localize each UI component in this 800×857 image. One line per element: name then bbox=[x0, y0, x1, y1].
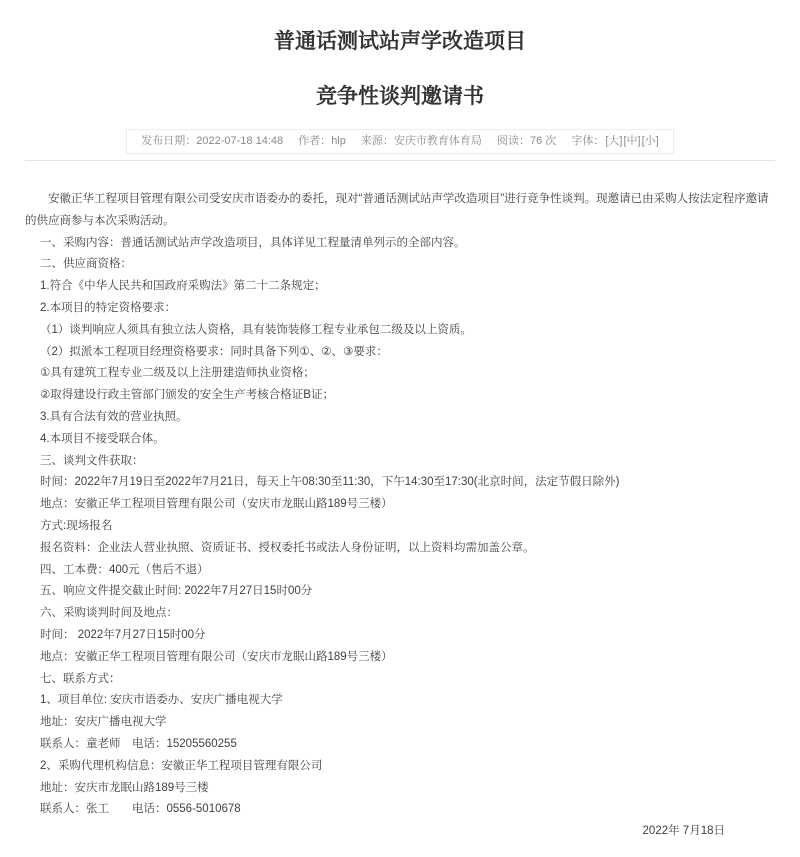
article-line: 地点：安徽正华工程项目管理有限公司（安庆市龙眠山路189号三楼） bbox=[25, 647, 775, 669]
article-line: 一、采购内容：普通话测试站声学改造项目，具体详见工程量清单列示的全部内容。 bbox=[25, 233, 775, 255]
views-group: 阅读：76 次 bbox=[497, 135, 556, 147]
article-line: 五、响应文件提交截止时间: 2022年7月27日15时00分 bbox=[25, 581, 775, 603]
publish-date-value: 2022-07-18 14:48 bbox=[196, 135, 283, 147]
article-line: ①具有建筑工程专业二级及以上注册建造师执业资格； bbox=[25, 363, 775, 385]
views-label: 阅读： bbox=[497, 135, 530, 147]
source-label: 来源： bbox=[361, 135, 394, 147]
article-line: 六、采购谈判时间及地点： bbox=[25, 603, 775, 625]
article-line: 2、采购代理机构信息：安徽正华工程项目管理有限公司 bbox=[25, 756, 775, 778]
article-line: 二、供应商资格： bbox=[25, 254, 775, 276]
article-meta-bar: 发布日期：2022-07-18 14:48 作者：hlp 来源：安庆市教育体育局… bbox=[0, 129, 800, 154]
font-size-options: [大][中][小] bbox=[604, 135, 658, 147]
page-subtitle: 竞争性谈判邀请书 bbox=[0, 55, 800, 110]
font-size-group: 字体：[大][中][小] bbox=[571, 135, 658, 147]
font-size-option[interactable]: [大] bbox=[605, 135, 622, 147]
article-page: 普通话测试站声学改造项目 竞争性谈判邀请书 发布日期：2022-07-18 14… bbox=[0, 0, 800, 857]
article-line: 地址：安庆市龙眠山路189号三楼 bbox=[25, 778, 775, 800]
article-body: 安徽正华工程项目管理有限公司受安庆市语委办的委托，现对“普通话测试站声学改造项目… bbox=[0, 161, 800, 843]
article-line: 七、联系方式： bbox=[25, 669, 775, 691]
page-title: 普通话测试站声学改造项目 bbox=[0, 0, 800, 55]
source-value: 安庆市教育体育局 bbox=[394, 135, 482, 147]
font-size-label: 字体： bbox=[571, 135, 604, 147]
article-line: 2.本项目的特定资格要求： bbox=[25, 298, 775, 320]
font-size-option[interactable]: [小] bbox=[642, 135, 659, 147]
views-value: 76 次 bbox=[530, 135, 556, 147]
author-group: 作者：hlp bbox=[298, 135, 346, 147]
article-line: 报名资料：企业法人营业执照、资质证书、授权委托书或法人身份证明，以上资料均需加盖… bbox=[25, 538, 775, 560]
article-line: 1、项目单位: 安庆市语委办、安庆广播电视大学 bbox=[25, 690, 775, 712]
article-line: 三、谈判文件获取： bbox=[25, 451, 775, 473]
article-line: 地点：安徽正华工程项目管理有限公司（安庆市龙眠山路189号三楼） bbox=[25, 494, 775, 516]
article-line: （2）拟派本工程项目经理资格要求：同时具备下列①、②、③要求： bbox=[25, 342, 775, 364]
author-label: 作者： bbox=[298, 135, 331, 147]
intro-paragraph: 安徽正华工程项目管理有限公司受安庆市语委办的委托，现对“普通话测试站声学改造项目… bbox=[25, 189, 775, 233]
document-date: 2022年 7月18日 bbox=[25, 821, 775, 843]
font-size-option[interactable]: [中] bbox=[623, 135, 640, 147]
article-line: 联系人：张工 电话：0556-5010678 bbox=[25, 799, 775, 821]
source-group: 来源：安庆市教育体育局 bbox=[361, 135, 482, 147]
article-line: 地址：安庆广播电视大学 bbox=[25, 712, 775, 734]
author-value: hlp bbox=[331, 135, 346, 147]
article-line: 四、工本费：400元（售后不退） bbox=[25, 560, 775, 582]
article-line: 时间： 2022年7月27日15时00分 bbox=[25, 625, 775, 647]
article-line: ②取得建设行政主管部门颁发的安全生产考核合格证B证； bbox=[25, 385, 775, 407]
article-line: 3.具有合法有效的营业执照。 bbox=[25, 407, 775, 429]
article-line: 4.本项目不接受联合体。 bbox=[25, 429, 775, 451]
article-meta-box: 发布日期：2022-07-18 14:48 作者：hlp 来源：安庆市教育体育局… bbox=[126, 129, 673, 154]
article-line: 联系人：童老师 电话：15205560255 bbox=[25, 734, 775, 756]
article-line: 时间：2022年7月19日至2022年7月21日，每天上午08:30至11:30… bbox=[25, 472, 775, 494]
article-line: 方式:现场报名 bbox=[25, 516, 775, 538]
publish-date-group: 发布日期：2022-07-18 14:48 bbox=[141, 135, 283, 147]
article-line: 1.符合《中华人民共和国政府采购法》第二十二条规定； bbox=[25, 276, 775, 298]
publish-date-label: 发布日期： bbox=[141, 135, 196, 147]
article-line: （1）谈判响应人须具有独立法人资格，具有装饰装修工程专业承包二级及以上资质。 bbox=[25, 320, 775, 342]
article-lines: 一、采购内容：普通话测试站声学改造项目，具体详见工程量清单列示的全部内容。二、供… bbox=[25, 233, 775, 822]
